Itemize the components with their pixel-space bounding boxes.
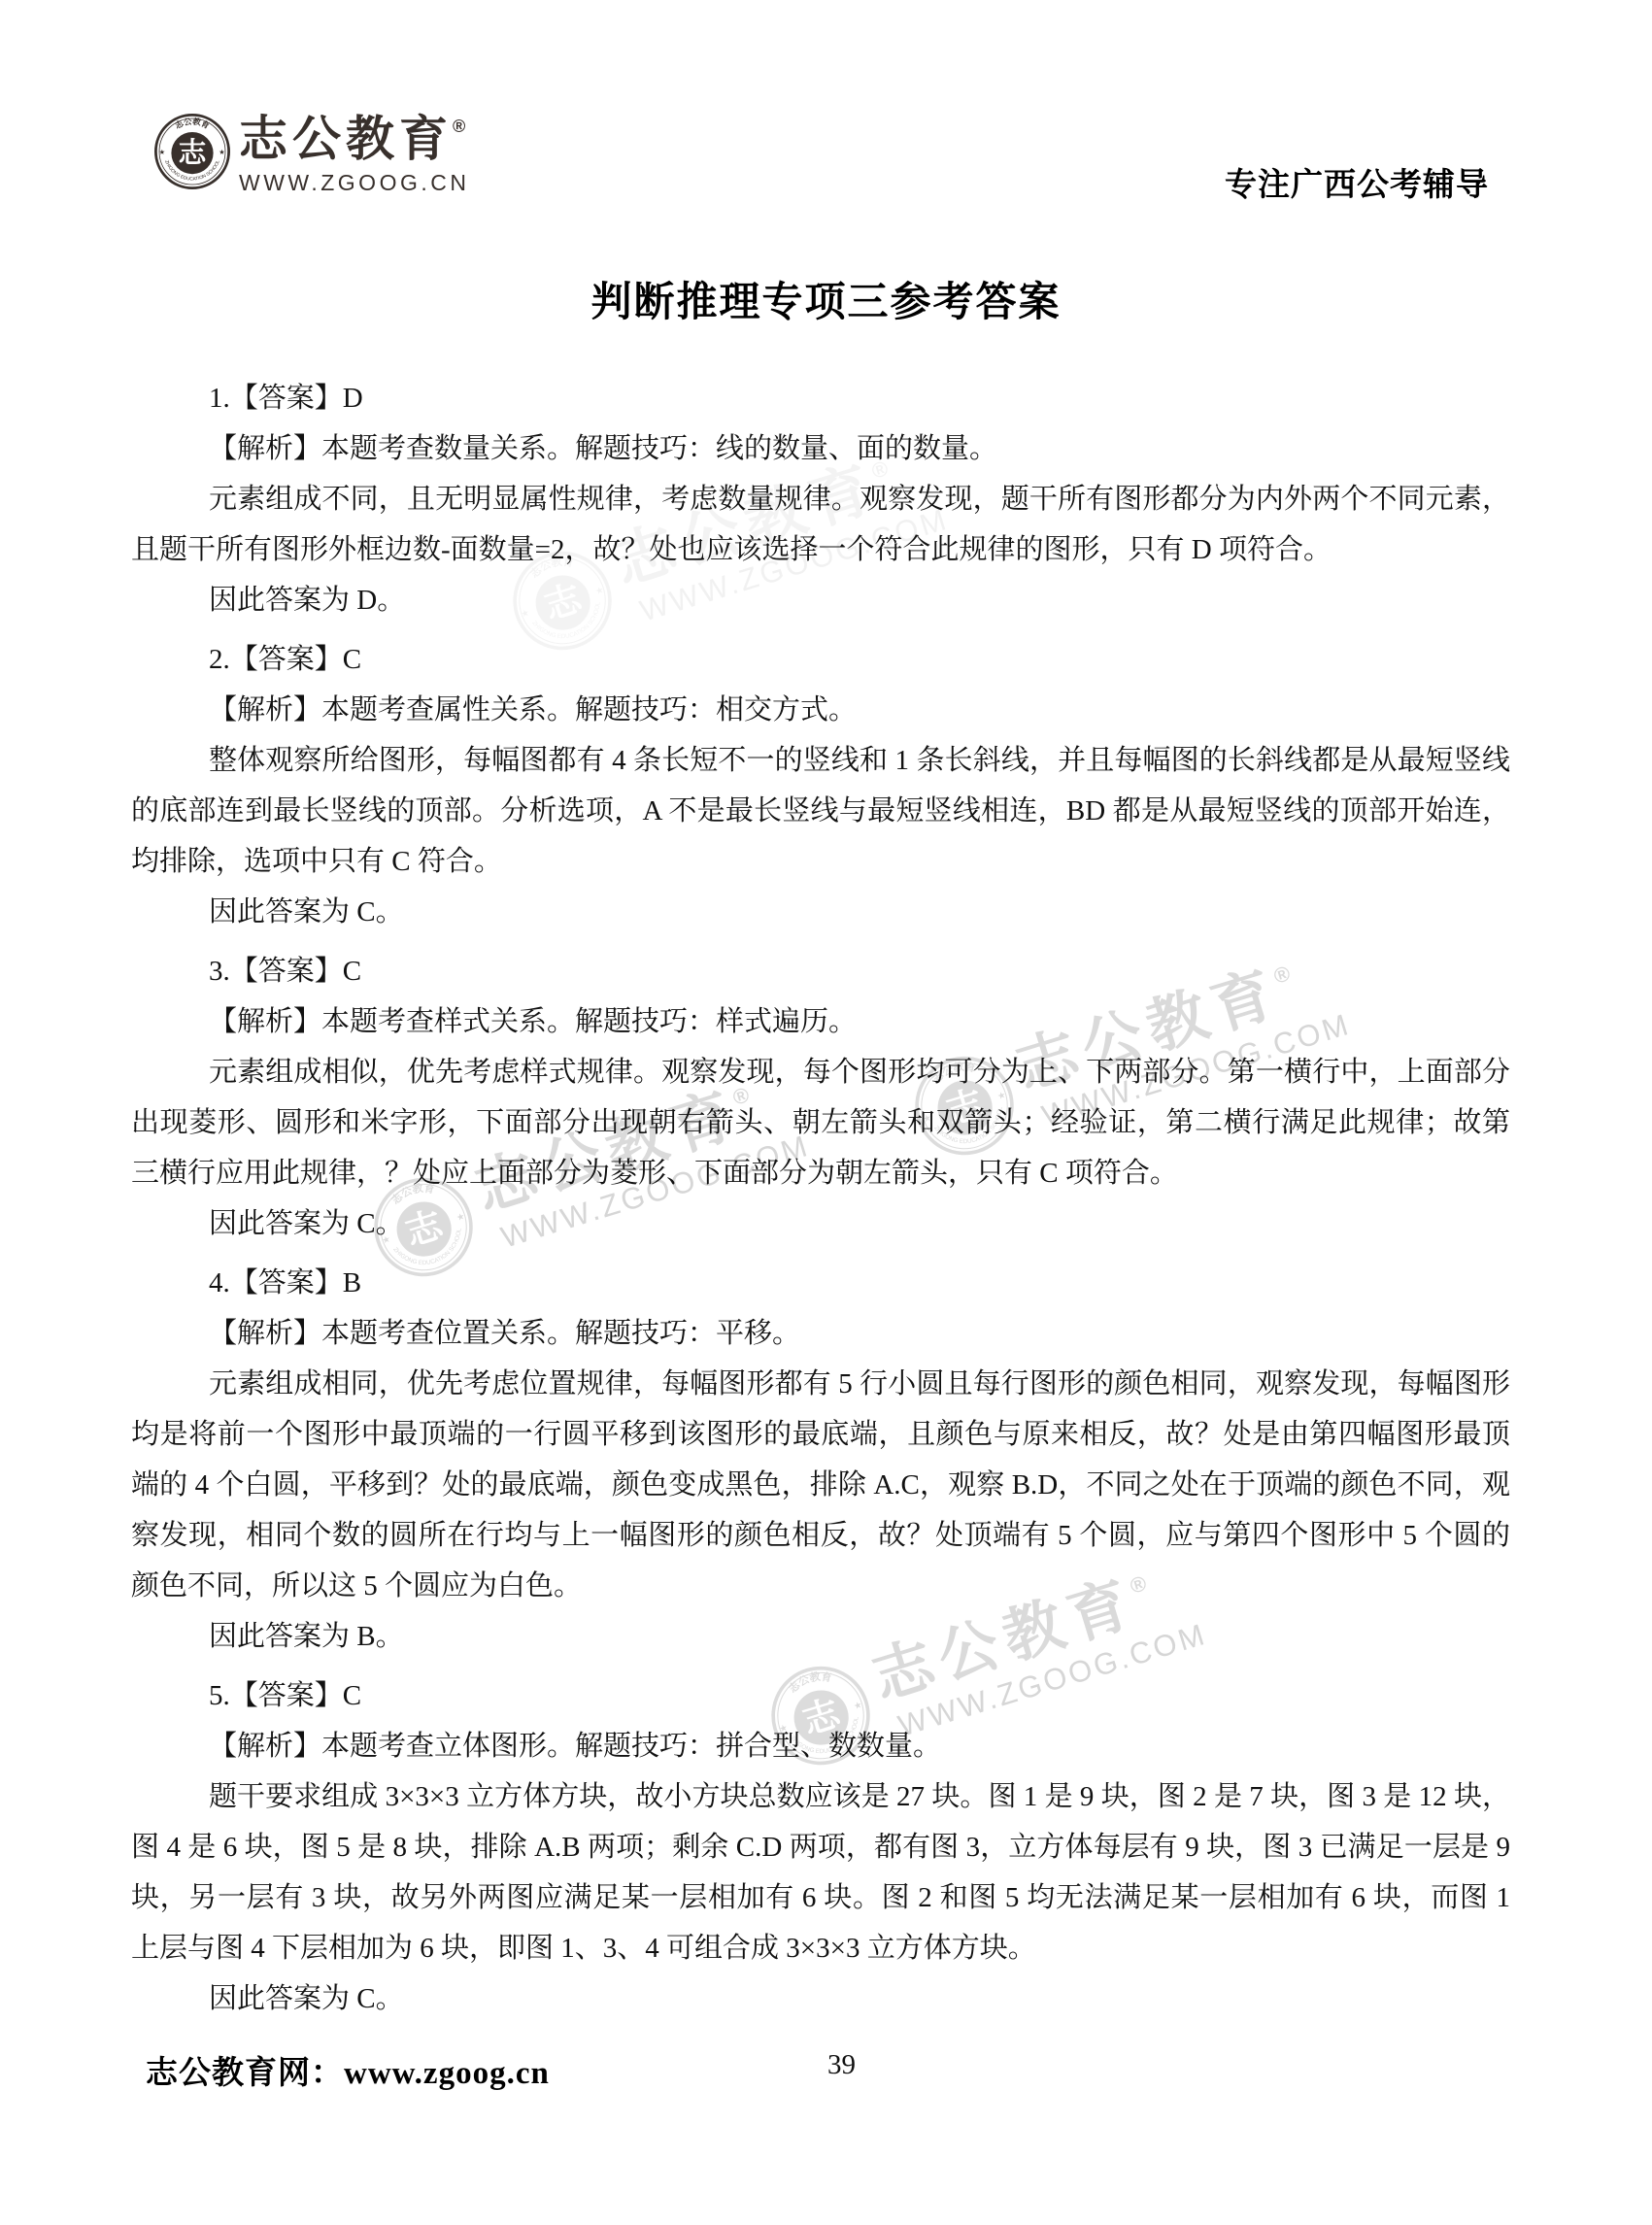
logo-text: 志公教育® WWW.ZGOOG.CN bbox=[239, 115, 469, 194]
conclusion-text-1: 因此答案为 D。 bbox=[131, 575, 1510, 625]
analysis-text-5: 【解析】本题考查立体图形。解题技巧：拼合型、数数量。 bbox=[131, 1721, 1510, 1771]
body-text-2: 整体观察所给图形，每幅图都有 4 条长短不一的竖线和 1 条长斜线，并且每幅图的… bbox=[131, 735, 1510, 887]
conclusion-text-3: 因此答案为 C。 bbox=[131, 1198, 1510, 1249]
conclusion-text-2: 因此答案为 C。 bbox=[131, 887, 1510, 937]
body-text-3: 元素组成相似，优先考虑样式规律。观察发现，每个图形均可分为上、下两部分。第一横行… bbox=[131, 1047, 1510, 1198]
analysis-text-3: 【解析】本题考查样式关系。解题技巧：样式遍历。 bbox=[131, 996, 1510, 1047]
page-title: 判断推理专项三参考答案 bbox=[0, 270, 1652, 328]
analysis-text-4: 【解析】本题考查位置关系。解题技巧：平移。 bbox=[131, 1308, 1510, 1359]
answer-label-1: 1.【答案】D bbox=[131, 373, 1510, 423]
answer-label-2: 2.【答案】C bbox=[131, 634, 1510, 685]
svg-text:志: 志 bbox=[179, 138, 208, 169]
document-page: 志公教育 ZHIGONG EDUCATION SCHOOL ★ ★ 志 志公教育… bbox=[0, 0, 1652, 2225]
conclusion-text-4: 因此答案为 B。 bbox=[131, 1611, 1510, 1662]
answer-label-4: 4.【答案】B bbox=[131, 1258, 1510, 1308]
answer-label-3: 3.【答案】C bbox=[131, 946, 1510, 996]
logo-url: WWW.ZGOOG.CN bbox=[239, 172, 469, 194]
header-slogan: 专注广西公考辅导 bbox=[1225, 159, 1489, 205]
logo-brand: 志公教育® bbox=[239, 115, 469, 163]
footer-site-label: 志公教育网：www.zgoog.cn bbox=[146, 2047, 550, 2093]
answer-label-5: 5.【答案】C bbox=[131, 1670, 1510, 1721]
star-icon: ★ bbox=[159, 148, 165, 156]
logo: 志公教育 ZHIGONG EDUCATION SCHOOL ★ ★ 志 bbox=[153, 113, 231, 195]
body-text-4: 元素组成相同，优先考虑位置规律，每幅图形都有 5 行小圆且每行图形的颜色相同，观… bbox=[131, 1359, 1510, 1611]
answers-content: 1.【答案】D 【解析】本题考查数量关系。解题技巧：线的数量、面的数量。 元素组… bbox=[131, 373, 1510, 2024]
star-icon: ★ bbox=[219, 148, 224, 156]
analysis-text-2: 【解析】本题考查属性关系。解题技巧：相交方式。 bbox=[131, 685, 1510, 735]
analysis-text-1: 【解析】本题考查数量关系。解题技巧：线的数量、面的数量。 bbox=[131, 423, 1510, 474]
zhigong-seal-icon: 志公教育 ZHIGONG EDUCATION SCHOOL ★ ★ 志 bbox=[153, 113, 231, 190]
conclusion-text-5: 因此答案为 C。 bbox=[131, 1973, 1510, 2024]
body-text-5: 题干要求组成 3×3×3 立方体方块，故小方块总数应该是 27 块。图 1 是 … bbox=[131, 1771, 1510, 1973]
body-text-1: 元素组成不同，且无明显属性规律，考虑数量规律。观察发现，题干所有图形都分为内外两… bbox=[131, 474, 1510, 575]
page-number: 39 bbox=[827, 2049, 856, 2081]
